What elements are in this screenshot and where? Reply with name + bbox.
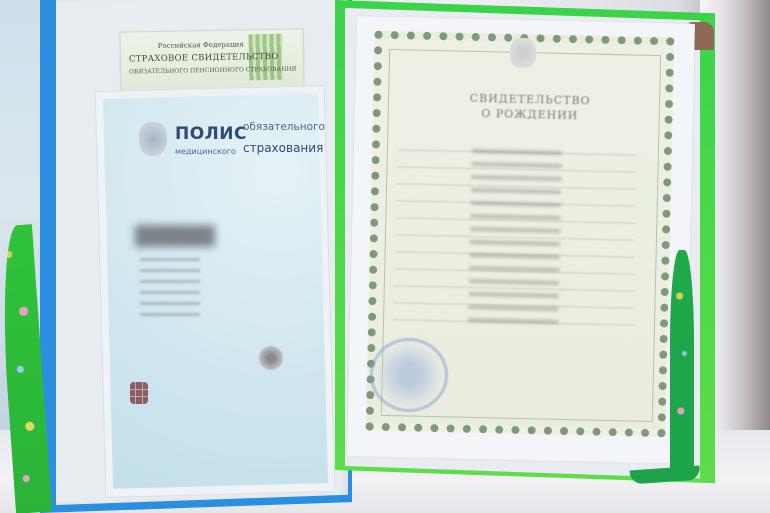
polis-title: ПОЛИС [175,124,247,144]
blurred-details [140,258,200,318]
chip-icon [130,382,148,404]
polis-header: ПОЛИС обязательного медицинского страхов… [135,118,325,168]
blurred-certificate-text [468,149,562,331]
certificate-title: СВИДЕТЕЛЬСТВО О РОЖДЕНИИ [460,90,601,123]
polis-strakhovaniya: страхования [243,141,323,155]
russian-emblem-icon [510,38,536,68]
hologram-icon [258,345,284,371]
polis-obyazatelnogo: обязательного [243,121,325,133]
blurred-name [135,225,215,247]
polis-medicinskogo: медицинского [175,147,236,156]
russian-emblem-icon [139,122,167,156]
official-seal-icon [370,338,448,412]
ribbon-right [670,250,694,480]
